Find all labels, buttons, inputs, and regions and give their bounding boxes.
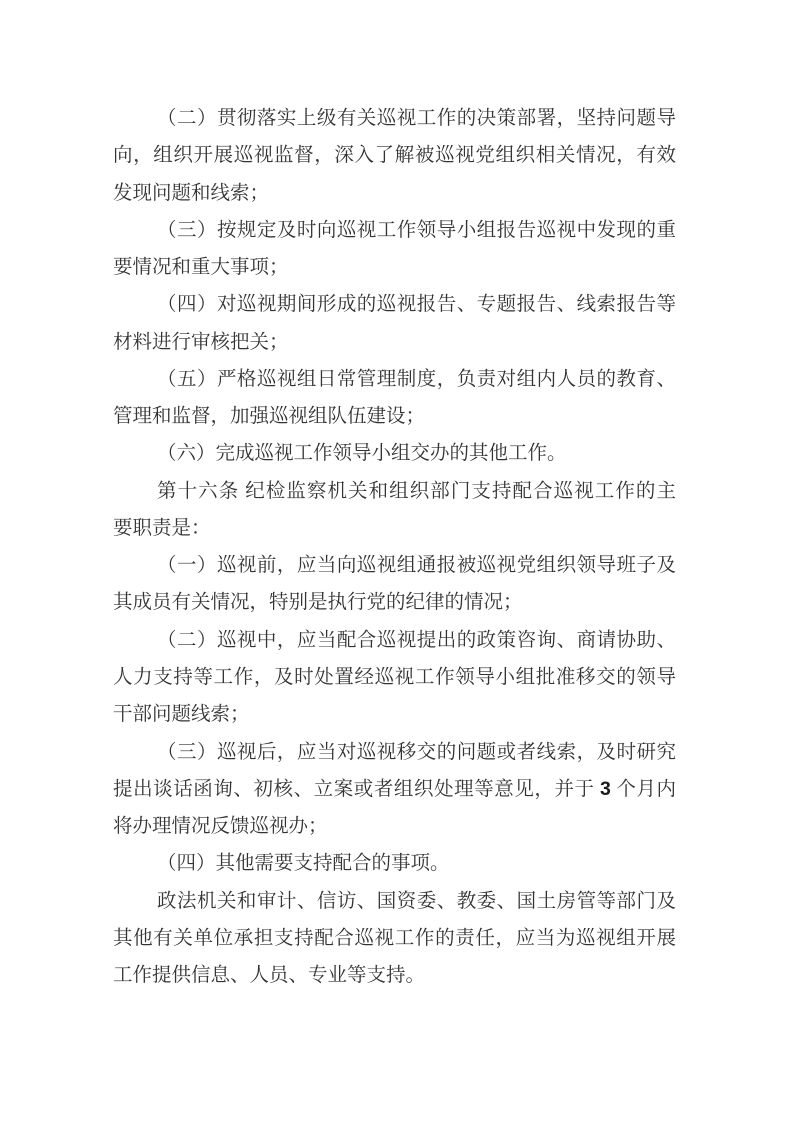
- text-line: 人力支持等工作，及时处置经巡视工作领导小组批准移交的领导: [113, 659, 676, 696]
- text-line: 向，组织开展巡视监督，深入了解被巡视党组织相关情况，有效: [113, 137, 676, 174]
- text-line: （三）按规定及时向巡视工作领导小组报告巡视中发现的重: [113, 212, 676, 249]
- text-line: 发现问题和线索；: [113, 175, 676, 212]
- text-line: （六）完成巡视工作领导小组交办的其他工作。: [113, 435, 676, 472]
- paragraph: （二）贯彻落实上级有关巡视工作的决策部署，坚持问题导向，组织开展巡视监督，深入了…: [113, 100, 676, 212]
- document-page: （二）贯彻落实上级有关巡视工作的决策部署，坚持问题导向，组织开展巡视监督，深入了…: [0, 0, 793, 1122]
- text-line: （三）巡视后，应当对巡视移交的问题或者线索，及时研究: [113, 734, 676, 771]
- text-line: 管理和监督，加强巡视组队伍建设；: [113, 398, 676, 435]
- paragraph: （二）巡视中，应当配合巡视提出的政策咨询、商请协助、人力支持等工作，及时处置经巡…: [113, 622, 676, 734]
- paragraph: （三）巡视后，应当对巡视移交的问题或者线索，及时研究提出谈话函询、初核、立案或者…: [113, 734, 676, 846]
- text-line: 要职责是：: [113, 510, 676, 547]
- text-line: （四）对巡视期间形成的巡视报告、专题报告、线索报告等: [113, 286, 676, 323]
- paragraph: （六）完成巡视工作领导小组交办的其他工作。: [113, 435, 676, 472]
- text-line: 政法机关和审计、信访、国资委、教委、国土房管等部门及: [113, 883, 676, 920]
- text-line: 材料进行审核把关；: [113, 324, 676, 361]
- paragraph: 第十六条 纪检监察机关和组织部门支持配合巡视工作的主要职责是：: [113, 473, 676, 548]
- paragraph: （一）巡视前，应当向巡视组通报被巡视党组织领导班子及其成员有关情况，特别是执行党…: [113, 547, 676, 622]
- paragraph: （四）其他需要支持配合的事项。: [113, 845, 676, 882]
- text-line: （五）严格巡视组日常管理制度，负责对组内人员的教育、: [113, 361, 676, 398]
- text-line: 其他有关单位承担支持配合巡视工作的责任，应当为巡视组开展: [113, 920, 676, 957]
- text-line: （二）巡视中，应当配合巡视提出的政策咨询、商请协助、: [113, 622, 676, 659]
- text-line: （四）其他需要支持配合的事项。: [113, 845, 676, 882]
- text-line: 其成员有关情况，特别是执行党的纪律的情况；: [113, 584, 676, 621]
- text-line: （二）贯彻落实上级有关巡视工作的决策部署，坚持问题导: [113, 100, 676, 137]
- document-content: （二）贯彻落实上级有关巡视工作的决策部署，坚持问题导向，组织开展巡视监督，深入了…: [113, 100, 676, 994]
- text-line: 要情况和重大事项；: [113, 249, 676, 286]
- paragraph: （三）按规定及时向巡视工作领导小组报告巡视中发现的重要情况和重大事项；: [113, 212, 676, 287]
- text-line: 干部问题线索；: [113, 696, 676, 733]
- text-line: 第十六条 纪检监察机关和组织部门支持配合巡视工作的主: [113, 473, 676, 510]
- text-line: 将办理情况反馈巡视办；: [113, 808, 676, 845]
- paragraph: （四）对巡视期间形成的巡视报告、专题报告、线索报告等材料进行审核把关；: [113, 286, 676, 361]
- text-line: 提出谈话函询、初核、立案或者组织处理等意见，并于 3 个月内: [113, 771, 676, 808]
- text-line: （一）巡视前，应当向巡视组通报被巡视党组织领导班子及: [113, 547, 676, 584]
- paragraph: （五）严格巡视组日常管理制度，负责对组内人员的教育、管理和监督，加强巡视组队伍建…: [113, 361, 676, 436]
- bold-number: 3: [600, 778, 611, 800]
- text-line: 工作提供信息、人员、专业等支持。: [113, 957, 676, 994]
- paragraph: 政法机关和审计、信访、国资委、教委、国土房管等部门及其他有关单位承担支持配合巡视…: [113, 883, 676, 995]
